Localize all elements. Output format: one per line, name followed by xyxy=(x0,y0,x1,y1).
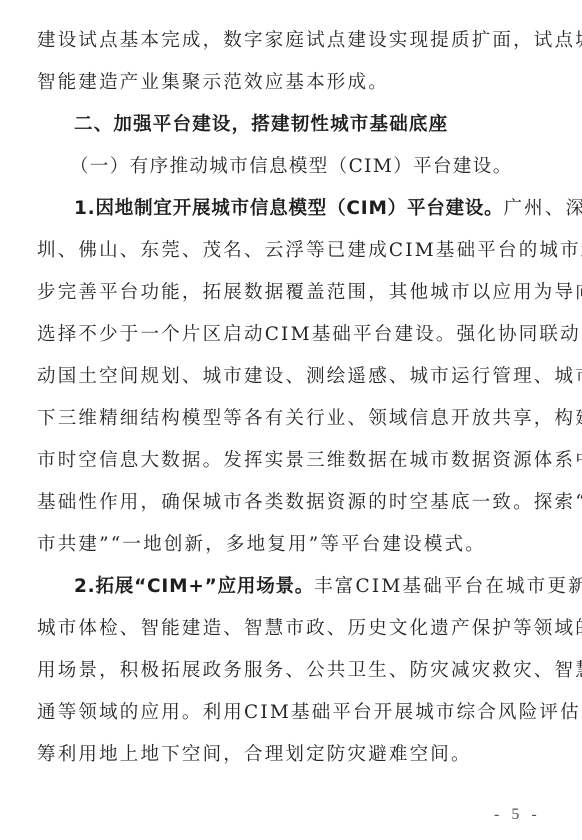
paragraph-line: 用场景，积极拓展政务服务、公共卫生、防灾减灾救灾、智慧交 xyxy=(37,659,539,683)
paragraph-line: 通等领域的应用。利用CIM基础平台开展城市综合风险评估，统 xyxy=(37,701,539,725)
item-2-first-line: 2.拓展“CIM+”应用场景。丰富CIM基础平台在城市更新、 xyxy=(74,575,539,599)
paragraph-line: 城市体检、智能建造、智慧市政、历史文化遗产保护等领域的应 xyxy=(37,617,539,641)
page-number: - 5 - xyxy=(494,806,541,824)
document-page: 建设试点基本完成，数字家庭试点建设实现提质扩面，试点城市 智能建造产业集聚示范效… xyxy=(0,0,582,840)
item-2-text: 丰富CIM基础平台在城市更新、 xyxy=(314,576,582,597)
item-1-first-line: 1.因地制宜开展城市信息模型（CIM）平台建设。广州、深 xyxy=(74,197,539,221)
subsection-heading: （一）有序推动城市信息模型（CIM）平台建设。 xyxy=(70,155,490,179)
item-1-title: 1.因地制宜开展城市信息模型（CIM）平台建设。 xyxy=(74,198,503,219)
item-2-title: 2.拓展“CIM+”应用场景。 xyxy=(74,576,314,597)
paragraph-line: 市时空信息大数据。发挥实景三维数据在城市数据资源体系中的 xyxy=(37,449,539,473)
paragraph-line: 智能建造产业集聚示范效应基本形成。 xyxy=(37,71,539,95)
paragraph-line: 圳、佛山、东莞、茂名、云浮等已建成CIM基础平台的城市进一 xyxy=(37,239,539,263)
paragraph-line: 市共建”“一地创新，多地复用”等平台建设模式。 xyxy=(37,533,539,557)
paragraph-line: 建设试点基本完成，数字家庭试点建设实现提质扩面，试点城市 xyxy=(37,29,539,53)
paragraph-line: 下三维精细结构模型等各有关行业、领域信息开放共享，构建城 xyxy=(37,407,539,431)
item-1-text: 广州、深 xyxy=(503,198,582,219)
paragraph-line: 筹利用地上地下空间，合理划定防灾避难空间。 xyxy=(37,743,539,767)
paragraph-line: 选择不少于一个片区启动CIM基础平台建设。强化协同联动，推 xyxy=(37,323,539,347)
paragraph-line: 基础性作用，确保城市各类数据资源的时空基底一致。探索“省 xyxy=(37,491,539,515)
paragraph-line: 动国土空间规划、城市建设、测绘遥感、城市运行管理、城市地 xyxy=(37,365,539,389)
section-heading: 二、加强平台建设，搭建韧性城市基础底座 xyxy=(74,113,514,137)
paragraph-line: 步完善平台功能，拓展数据覆盖范围，其他城市以应用为导向， xyxy=(37,281,539,305)
